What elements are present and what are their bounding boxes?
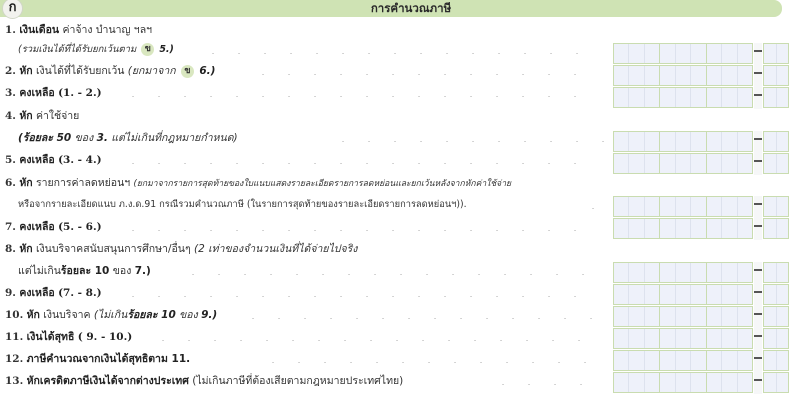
decimal-separator <box>754 196 762 218</box>
leader-dots: . <box>580 202 606 211</box>
satang-field[interactable] <box>763 87 789 108</box>
amount-group-1 <box>613 43 789 109</box>
decimal-separator <box>754 284 762 306</box>
line-9: 9. คงเหลือ (7. - 8.) <box>5 286 102 300</box>
line-6-note: หรือจากรายละเอียดแนบ ภ.ง.ด.91 กรณีรวมคำน… <box>18 198 467 212</box>
line-2: 2. หัก เงินได้ที่ได้รับยกเว้น (ยกมาจาก ข… <box>5 64 215 78</box>
amount-field-line-3[interactable] <box>613 87 789 109</box>
line-10: 10. หัก เงินบริจาค (ไม่เกินร้อยละ 10 ของ… <box>5 308 217 322</box>
leader-dots: .................. <box>120 90 588 99</box>
amount-field-line-8[interactable] <box>613 262 789 284</box>
line-7: 7. คงเหลือ (5. - 6.) <box>5 220 102 234</box>
satang-field[interactable] <box>763 43 789 64</box>
amount-field-line-2[interactable] <box>613 65 789 87</box>
amount-field-line-6[interactable] <box>613 196 789 218</box>
amount-group-3 <box>613 196 789 240</box>
leader-dots: ............... <box>200 47 590 56</box>
line-1: 1. เงินเดือน ค่าจ้าง บำนาญ ฯลฯ <box>5 23 152 37</box>
line-1-note: (รวมเงินได้ที่ได้รับยกเว้นตาม ข 5.) <box>18 43 174 57</box>
satang-field[interactable] <box>763 284 789 305</box>
decimal-separator <box>754 372 762 394</box>
decimal-separator <box>754 350 762 372</box>
leader-dots: .................. <box>120 157 588 166</box>
line-4: 4. หัก ค่าใช้จ่าย <box>5 109 79 123</box>
amount-field-line-13[interactable] <box>613 372 789 394</box>
decimal-separator <box>754 218 762 240</box>
line-8-note: แต่ไม่เกินร้อยละ 10 ของ 7.) <box>18 264 151 278</box>
satang-field[interactable] <box>763 372 789 393</box>
amount-field-line-10[interactable] <box>613 306 789 328</box>
decimal-separator <box>754 328 762 350</box>
decimal-separator <box>754 43 762 65</box>
satang-field[interactable] <box>763 218 789 239</box>
line-11: 11. เงินได้สุทธิ ( 9. - 10.) <box>5 330 132 344</box>
decimal-separator <box>754 262 762 284</box>
leader-dots: ........... <box>330 135 616 144</box>
line-8: 8. หัก เงินบริจาคสนับสนุนการศึกษา/อื่นๆ … <box>5 242 357 256</box>
satang-field[interactable] <box>763 262 789 283</box>
amount-group-4 <box>613 262 789 394</box>
ref-badge-kho: ข <box>181 65 194 78</box>
leader-dots: .... <box>490 378 594 387</box>
amount-field-line-12[interactable] <box>613 350 789 372</box>
line-4-note: (ร้อยละ 50 ของ 3. แต่ไม่เกินที่กฎหมายกำห… <box>18 131 238 145</box>
line-12: 12. ภาษีคำนวณจากเงินได้สุทธิตาม 11. <box>5 352 190 366</box>
amount-field-line-9[interactable] <box>613 284 789 306</box>
leader-dots: ............. <box>260 356 598 365</box>
decimal-separator <box>754 153 762 175</box>
satang-field[interactable] <box>763 131 789 152</box>
leader-dots: .................. <box>120 224 588 233</box>
amount-field-line-7[interactable] <box>613 218 789 240</box>
satang-field[interactable] <box>763 153 789 174</box>
amount-field-line-5[interactable] <box>613 153 789 175</box>
decimal-separator <box>754 306 762 328</box>
satang-field[interactable] <box>763 65 789 86</box>
ref-badge-kho: ข <box>141 43 154 56</box>
satang-field[interactable] <box>763 196 789 217</box>
section-title: การคำนวณภาษี <box>0 0 782 17</box>
decimal-separator <box>754 87 762 109</box>
leader-dots: ................ <box>180 268 596 277</box>
amount-field-line-4[interactable] <box>613 131 789 153</box>
line-6: 6. หัก รายการค่าลดหย่อนฯ (ยกมาจากรายการส… <box>5 176 511 191</box>
satang-field[interactable] <box>763 350 789 371</box>
section-header-bar: การคำนวณภาษี <box>0 0 782 17</box>
amount-field-line-11[interactable] <box>613 328 789 350</box>
leader-dots: .............. <box>240 312 604 321</box>
satang-field[interactable] <box>763 306 789 327</box>
leader-dots: ............. <box>250 68 588 77</box>
line-5: 5. คงเหลือ (3. - 4.) <box>5 153 102 167</box>
amount-group-2 <box>613 131 789 175</box>
line-3: 3. คงเหลือ (1. - 2.) <box>5 86 102 100</box>
leader-dots: ................. <box>150 334 592 343</box>
line-13: 13. หักเครดิตภาษีเงินได้จากต่างประเทศ (ไ… <box>5 374 403 388</box>
satang-field[interactable] <box>763 328 789 349</box>
decimal-separator <box>754 65 762 87</box>
amount-field-line-1[interactable] <box>613 43 789 65</box>
decimal-separator <box>754 131 762 153</box>
leader-dots: .................. <box>120 290 588 299</box>
